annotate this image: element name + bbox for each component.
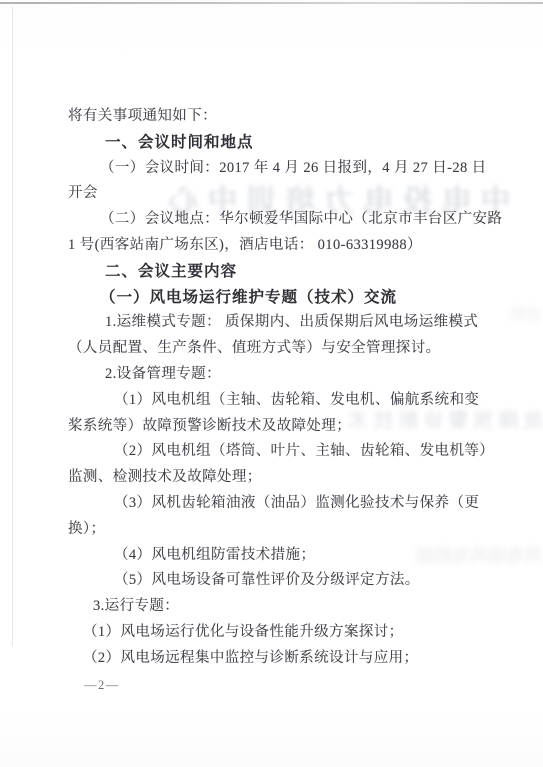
doc-line: （二）会议地点：华尔顿爱华国际中心（北京市丰台区广安路 [68,207,498,233]
doc-line: 监测、检测技术及故障处理； [68,465,498,491]
doc-line: 1.运维模式专题： 质保期内、出质保期后风电场运维模式 [68,310,498,336]
doc-line: 3.运行专题： [68,594,498,620]
document-body: 将有关事项通知如下： 一、会议时间和地点 （一）会议时间：2017 年 4 月 … [68,104,498,672]
doc-line: 将有关事项通知如下： [68,104,498,130]
doc-line: （一）会议时间：2017 年 4 月 26 日报到，4 月 27 日-28 日 [68,156,498,182]
page-number: —2— [84,678,120,693]
scan-left-edge-line [12,6,13,646]
doc-line: 换）； [68,517,498,543]
doc-line: （1）风电场运行优化与设备性能升级方案探讨； [68,620,498,646]
sub-section-heading: （一）风电场运行维护专题（技术）交流 [68,285,498,311]
scanned-document-page: 中电投电力培训中心 说明 故障预警诊断技术 风电场风电机组 将有关事项通知如下：… [0,0,543,767]
doc-line: （人员配置、生产条件、值班方式等）与安全管理探讨。 [68,336,498,362]
doc-line: （2）风电场远程集中监控与诊断系统设计与应用； [68,646,498,672]
doc-line: （2）风电机组（塔筒、叶片、主轴、齿轮箱、发电机等） [68,439,498,465]
doc-line: 桨系统等）故障预警诊断技术及故障处理； [68,414,498,440]
doc-line: 1 号(西客站南广场东区)，酒店电话： 010-63319988） [68,233,498,259]
doc-line: （3）风机齿轮箱油液（油品）监测化验技术与保养（更 [68,491,498,517]
doc-line: 开会 [68,181,498,207]
doc-line: （1）风电机组（主轴、齿轮箱、发电机、偏航系统和变 [68,388,498,414]
doc-line: （4）风电机组防雷技术措施； [68,543,498,569]
section-heading: 一、会议时间和地点 [68,130,498,156]
section-heading: 二、会议主要内容 [68,259,498,285]
doc-line: 2.设备管理专题： [68,362,498,388]
doc-line: （5）风电场设备可靠性评价及分级评定方法。 [68,568,498,594]
scan-top-edge-line [0,2,543,4]
